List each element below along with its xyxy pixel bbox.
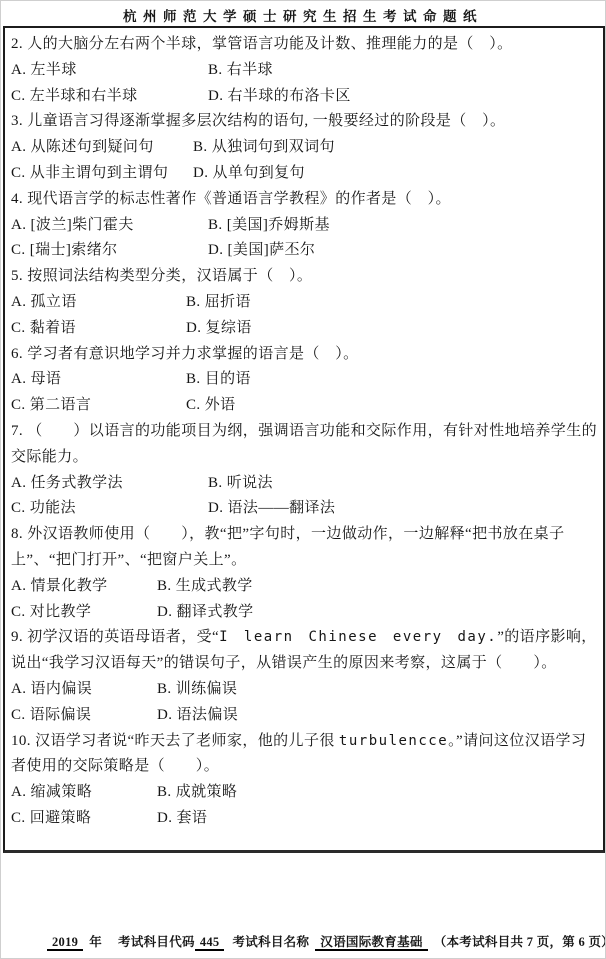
question-stem: 3. 儿童语言习得逐渐掌握多层次结构的语句, 一般要经过的阶段是（ ）。 (11, 109, 597, 135)
stem-english-text: turbulencce (339, 733, 448, 749)
question-options: A. 情景化教学 B. 生成式教学 C. 对比教学 D. 翻译式教学 (11, 574, 597, 626)
option-b: B. 成就策略 (157, 780, 597, 806)
question-options: A. 母语 B. 目的语 C. 第二语言 C. 外语 (11, 367, 597, 419)
questions-box: 2. 人的大脑分左右两个半球，掌管语言功能及计数、推理能力的是（ ）。 A. 左… (3, 26, 605, 853)
option-d: D. 从单句到复句 (193, 161, 597, 187)
option-a: A. 左半球 (11, 58, 208, 84)
question-stem: 8. 外汉语教师使用（ ），教“把”字句时，一边做动作，一边解释“把书放在桌子上… (11, 522, 597, 574)
option-c: C. 语际偏误 (11, 703, 157, 729)
stem-english-text: I learn Chinese every day. (219, 629, 497, 645)
stem-text-pre: 9. 初学汉语的英语母语者，受“ (11, 629, 219, 645)
option-c: C. 左半球和右半球 (11, 84, 208, 110)
question-options: A. 孤立语 B. 屈折语 C. 黏着语 D. 复综语 (11, 290, 597, 342)
question-stem: 6. 学习者有意识地学习并力求掌握的语言是（ ）。 (11, 342, 597, 368)
question-8: 8. 外汉语教师使用（ ），教“把”字句时，一边做动作，一边解释“把书放在桌子上… (11, 522, 597, 625)
question-options: A. 缩减策略 B. 成就策略 C. 回避策略 D. 套语 (11, 780, 597, 832)
option-a: A. [波兰]柴门霍夫 (11, 213, 208, 239)
option-d: D. 右半球的布洛卡区 (208, 84, 597, 110)
option-a: A. 母语 (11, 367, 186, 393)
option-b: B. 右半球 (208, 58, 597, 84)
page-footer: 2019年考试科目代码445考试科目名称汉语国际教育基础（本考试科目共 7 页，… (47, 932, 606, 950)
question-options: A. 任务式教学法 B. 听说法 C. 功能法 D. 语法——翻译法 (11, 471, 597, 523)
option-d: D. 套语 (157, 806, 597, 832)
question-9: 9. 初学汉语的英语母语者，受“I learn Chinese every da… (11, 625, 597, 728)
option-d: D. [美国]萨丕尔 (208, 238, 597, 264)
option-d: D. 复综语 (186, 316, 597, 342)
option-b: B. 目的语 (186, 367, 597, 393)
question-10: 10. 汉语学习者说“昨天去了老师家，他的儿子很 turbulencce。”请问… (11, 729, 597, 832)
question-stem: 10. 汉语学习者说“昨天去了老师家，他的儿子很 turbulencce。”请问… (11, 729, 597, 781)
question-stem: 5. 按照词法结构类型分类，汉语属于（ ）。 (11, 264, 597, 290)
question-options: A. 语内偏误 B. 训练偏误 C. 语际偏误 D. 语法偏误 (11, 677, 597, 729)
option-a: A. 缩减策略 (11, 780, 157, 806)
question-stem: 9. 初学汉语的英语母语者，受“I learn Chinese every da… (11, 625, 597, 677)
footer-subject-name-label: 考试科目名称 (232, 935, 309, 949)
option-a: A. 从陈述句到疑问句 (11, 135, 193, 161)
footer-subject-name-value: 汉语国际教育基础 (315, 935, 427, 951)
option-b: B. 训练偏误 (157, 677, 597, 703)
option-b: B. 从独词句到双词句 (193, 135, 597, 161)
option-d: D. 语法——翻译法 (208, 496, 597, 522)
option-c: C. 对比教学 (11, 600, 157, 626)
option-d: D. 语法偏误 (157, 703, 597, 729)
question-stem: 2. 人的大脑分左右两个半球，掌管语言功能及计数、推理能力的是（ ）。 (11, 32, 597, 58)
footer-year-value: 2019 (47, 935, 83, 951)
option-c2: C. 外语 (186, 393, 597, 419)
option-a: A. 孤立语 (11, 290, 186, 316)
option-a: A. 情景化教学 (11, 574, 157, 600)
option-c: C. [瑞士]索绪尔 (11, 238, 208, 264)
option-c: C. 功能法 (11, 496, 208, 522)
question-4: 4. 现代语言学的标志性著作《普通语言学教程》的作者是（ ）。 A. [波兰]柴… (11, 187, 597, 264)
question-2: 2. 人的大脑分左右两个半球，掌管语言功能及计数、推理能力的是（ ）。 A. 左… (11, 32, 597, 109)
option-c: C. 第二语言 (11, 393, 186, 419)
option-c: C. 从非主谓句到主谓句 (11, 161, 193, 187)
option-b: B. 听说法 (208, 471, 597, 497)
footer-subject-code-label: 考试科目代码 (118, 935, 195, 949)
question-5: 5. 按照词法结构类型分类，汉语属于（ ）。 A. 孤立语 B. 屈折语 C. … (11, 264, 597, 341)
stem-text-pre: 10. 汉语学习者说“昨天去了老师家，他的儿子很 (11, 733, 339, 749)
option-c: C. 回避策略 (11, 806, 157, 832)
option-b: B. [美国]乔姆斯基 (208, 213, 597, 239)
question-options: A. 从陈述句到疑问句 B. 从独词句到双词句 C. 从非主谓句到主谓句 D. … (11, 135, 597, 187)
question-options: A. 左半球 B. 右半球 C. 左半球和右半球 D. 右半球的布洛卡区 (11, 58, 597, 110)
page-title: 杭州师范大学硕士研究生招生考试命题纸 (1, 5, 605, 25)
footer-pages-note: （本考试科目共 7 页，第 6 页） (434, 935, 606, 949)
option-d: D. 翻译式教学 (157, 600, 597, 626)
option-a: A. 语内偏误 (11, 677, 157, 703)
footer-subject-code-value: 445 (195, 935, 225, 951)
question-7: 7. （ ）以语言的功能项目为纲，强调语言功能和交际作用，有针对性地培养学生的交… (11, 419, 597, 522)
question-3: 3. 儿童语言习得逐渐掌握多层次结构的语句, 一般要经过的阶段是（ ）。 A. … (11, 109, 597, 186)
exam-paper-page: 杭州师范大学硕士研究生招生考试命题纸 2. 人的大脑分左右两个半球，掌管语言功能… (0, 0, 606, 959)
option-b: B. 屈折语 (186, 290, 597, 316)
option-a: A. 任务式教学法 (11, 471, 208, 497)
option-b: B. 生成式教学 (157, 574, 597, 600)
footer-year-label: 年 (89, 935, 102, 949)
question-stem: 7. （ ）以语言的功能项目为纲，强调语言功能和交际作用，有针对性地培养学生的交… (11, 419, 597, 471)
question-stem: 4. 现代语言学的标志性著作《普通语言学教程》的作者是（ ）。 (11, 187, 597, 213)
option-c: C. 黏着语 (11, 316, 186, 342)
question-6: 6. 学习者有意识地学习并力求掌握的语言是（ ）。 A. 母语 B. 目的语 C… (11, 342, 597, 419)
question-options: A. [波兰]柴门霍夫 B. [美国]乔姆斯基 C. [瑞士]索绪尔 D. [美… (11, 213, 597, 265)
